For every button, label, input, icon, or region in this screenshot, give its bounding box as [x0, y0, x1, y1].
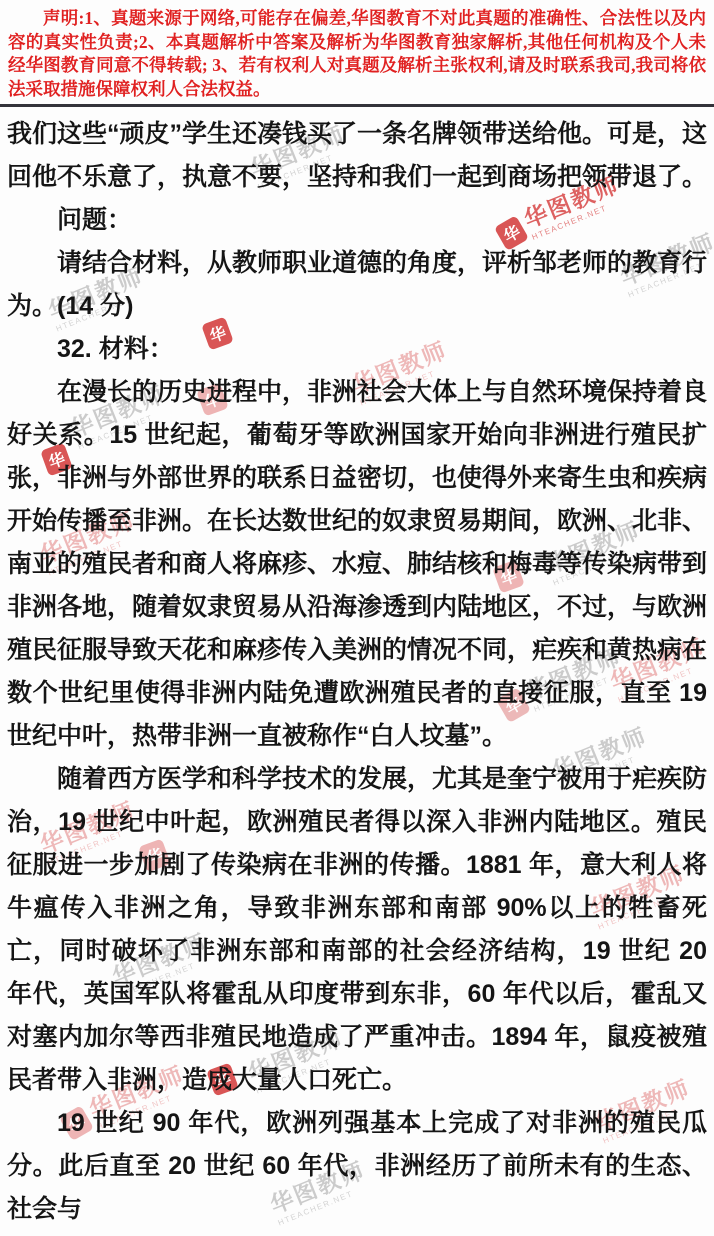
- document-body: 我们这些“顽皮”学生还凑钱买了一条名牌领带送给他。可是，这回他不乐意了，执意不要…: [0, 107, 714, 1231]
- paragraph-material-label: 32. 材料：: [7, 328, 707, 371]
- paragraph-material-3: 19 世纪 90 年代，欧洲列强基本上完成了对非洲的殖民瓜分。此后直至 20 世…: [7, 1102, 707, 1231]
- disclaimer-text: 声明:1、真题来源于网络,可能存在偏差,华图教育不对此真题的准确性、合法性以及内…: [0, 0, 714, 101]
- paragraph-question: 请结合材料，从教师职业道德的角度，评析邹老师的教育行为。(14 分): [7, 242, 707, 328]
- paragraph-material-1: 在漫长的历史进程中，非洲社会大体上与自然环境保持着良好关系。15 世纪起，葡萄牙…: [7, 371, 707, 758]
- paragraph-continuation: 我们这些“顽皮”学生还凑钱买了一条名牌领带送给他。可是，这回他不乐意了，执意不要…: [7, 113, 707, 199]
- paragraph-material-2: 随着西方医学和科学技术的发展，尤其是奎宁被用于疟疾防治，19 世纪中叶起，欧洲殖…: [7, 758, 707, 1102]
- document-page: 华图教师HTEACHER.NET华华图教师HTEACHER.NET华图教师HTE…: [0, 0, 714, 1236]
- paragraph-question-label: 问题：: [7, 199, 707, 242]
